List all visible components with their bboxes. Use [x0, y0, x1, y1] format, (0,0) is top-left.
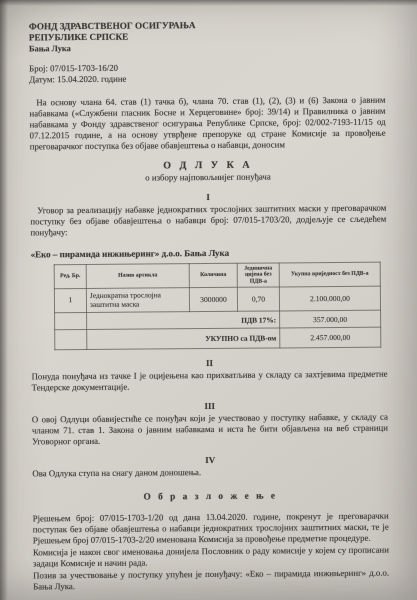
section-4-paragraph: Ова Одлука ступа на снагу даном доношења…	[32, 466, 388, 480]
document-photo: ФОНД ЗДРАВСТВЕНОГ ОСИГУРАЊА РЕПУБЛИКЕ СР…	[0, 0, 417, 600]
offer-table-item-row: 1 Једнократна трослојна заштитна маска 3…	[54, 286, 380, 313]
grand-total-label: УКУПНО са ПДВ-ом	[87, 328, 280, 350]
rationale-paragraph-1: Рјешењем број: 07/015-1703-1/20 од дана …	[33, 511, 389, 547]
decision-subtitle: о избору најповољнијег понуђача	[30, 171, 386, 185]
header-unit-price: Јединична цијена без ПДВ-а	[237, 263, 279, 287]
awarded-bidder-line: «Еко – пирамида инжињеринг» д.о.о. Бања …	[31, 247, 387, 261]
header-item-name: Назив артикла	[86, 264, 189, 289]
letterhead: ФОНД ЗДРАВСТВЕНОГ ОСИГУРАЊА РЕПУБЛИКЕ СР…	[29, 19, 385, 55]
doc-meta: Број: 07/015-1703-16/20 Датум: 15.04.202…	[29, 61, 385, 86]
rationale-body: Рјешењем број: 07/015-1703-1/20 од дана …	[33, 511, 390, 593]
section-3-paragraph: О овој Одлуци обавијестиће се понуђач ко…	[32, 412, 388, 448]
vat-label: ПДВ 17%:	[87, 311, 280, 330]
grand-total-value: 2.457.000,00	[280, 327, 381, 348]
rationale-paragraph-3: Позив за учествовање у поступку упућен ј…	[33, 568, 389, 593]
doc-date: Датум: 15.04.2020. године	[29, 72, 385, 86]
header-ordinal: Ред. Бр.	[54, 264, 86, 288]
vat-row-empty-cell	[55, 312, 87, 329]
document-page: ФОНД ЗДРАВСТВЕНОГ ОСИГУРАЊА РЕПУБЛИКЕ СР…	[29, 19, 389, 593]
rationale-paragraph-2: Комисија је након свог именовања донијел…	[33, 545, 389, 570]
section-1-paragraph: Уговор за реализацију набавке једнократн…	[30, 203, 386, 239]
preamble-paragraph: На основу члана 64. став (1) тачка б), ч…	[29, 95, 385, 153]
offer-table-header-row: Ред. Бр. Назив артикла Количина Јединичн…	[54, 262, 380, 289]
vat-value: 357.000,00	[280, 310, 381, 328]
offer-table-total-row: УКУПНО са ПДВ-ом 2.457.000,00	[55, 327, 381, 350]
item-quantity: 3000000	[189, 287, 237, 311]
section-2-paragraph: Понуда понуђача из тачке I је оцијењена …	[32, 369, 388, 394]
header-total-no-vat: Укупна вриједност без ПДВ-а	[279, 262, 380, 287]
item-total-no-vat: 2.100.000,00	[279, 286, 380, 311]
header-quantity: Количина	[189, 263, 237, 287]
total-row-empty-cell	[55, 329, 87, 349]
item-name: Једнократна трослојна заштитна маска	[86, 288, 189, 313]
offer-table: Ред. Бр. Назив артикла Количина Јединичн…	[54, 262, 382, 351]
item-unit-price: 0,70	[237, 287, 279, 311]
item-ordinal: 1	[54, 288, 86, 312]
rationale-title: О б р а з л о ж е њ е	[32, 490, 388, 505]
